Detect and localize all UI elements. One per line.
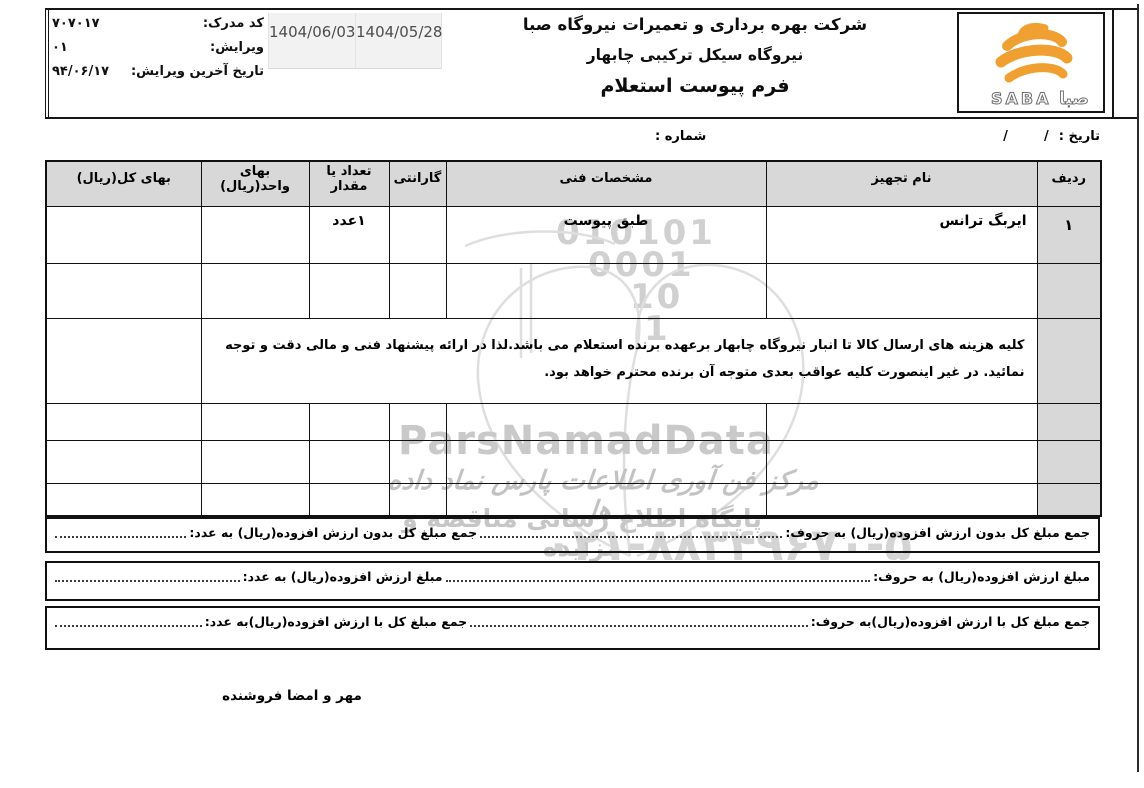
table-row: ۱ ایربگ ترانس طبق پیوست ۱عدد bbox=[46, 206, 1101, 263]
vat-number-label: مبلغ ارزش افزوده(ریال) به عدد: bbox=[243, 569, 443, 584]
plant-title: نیروگاه سیکل ترکیبی چابهار bbox=[455, 46, 935, 64]
empty-cell bbox=[309, 483, 389, 516]
empty-cell bbox=[766, 483, 1037, 516]
shipping-note-cell: کلیه هزینه های ارسال کالا تا انبار نیروگ… bbox=[201, 318, 1037, 403]
total-without-vat-number-label: جمع مبلغ کل بدون ارزش افزوده(ریال) به عد… bbox=[189, 525, 477, 540]
empty-cell bbox=[446, 440, 766, 483]
dotted-fill bbox=[470, 614, 808, 627]
empty-cell bbox=[46, 403, 201, 440]
date-chip: 1404/06/03 bbox=[268, 13, 355, 69]
column-header-total-price: بهای کل(ریال) bbox=[46, 161, 201, 206]
column-header-equipment: نام تجهیز bbox=[766, 161, 1037, 206]
date-chip: 1404/05/28 bbox=[355, 13, 442, 69]
empty-cell bbox=[46, 263, 201, 318]
inquiry-items-table: ردیف نام تجهیز مشخصات فنی گارانتی تعداد … bbox=[45, 160, 1102, 517]
total-without-vat-words-label: جمع مبلغ کل بدون ارزش افزوده(ریال) به حر… bbox=[785, 525, 1090, 540]
empty-cell bbox=[201, 483, 309, 516]
last-edit-row: تاریخ آخرین ویرایش: ۹۴/۰۶/۱۷ bbox=[52, 64, 264, 79]
empty-cell bbox=[766, 440, 1037, 483]
table-header-row: ردیف نام تجهیز مشخصات فنی گارانتی تعداد … bbox=[46, 161, 1101, 206]
total-with-vat-number-label: جمع مبلغ کل با ارزش افزوده(ریال)به عدد: bbox=[205, 614, 467, 629]
date-field-row: تاریخ : / / bbox=[980, 129, 1100, 144]
saba-logo-icon: SABA صبا bbox=[959, 14, 1103, 111]
last-edit-value: ۹۴/۰۶/۱۷ bbox=[52, 64, 109, 79]
qty-cell: ۱عدد bbox=[309, 206, 389, 263]
revision-value: ۰۱ bbox=[52, 40, 68, 55]
revision-row: ویرایش: ۰۱ bbox=[52, 40, 264, 55]
number-label: شماره : bbox=[655, 129, 706, 144]
empty-cell bbox=[389, 440, 446, 483]
table-row bbox=[46, 263, 1101, 318]
saba-logo-box: SABA صبا bbox=[957, 12, 1105, 113]
warranty-cell bbox=[389, 206, 446, 263]
empty-cell bbox=[201, 403, 309, 440]
empty-cell bbox=[766, 263, 1037, 318]
column-header-warranty: گارانتی bbox=[389, 161, 446, 206]
dotted-fill bbox=[55, 525, 186, 538]
doc-code-label: کد مدرک: bbox=[203, 16, 264, 31]
total-with-vat-box: جمع مبلغ کل با ارزش افزوده(ریال)به حروف:… bbox=[45, 606, 1100, 650]
table-row bbox=[46, 483, 1101, 516]
row-number-cell bbox=[1037, 440, 1101, 483]
form-title: فرم پیوست استعلام bbox=[455, 75, 935, 97]
page-right-edge bbox=[1137, 4, 1139, 772]
empty-cell bbox=[309, 263, 389, 318]
total-with-vat-words-label: جمع مبلغ کل با ارزش افزوده(ریال)به حروف: bbox=[811, 614, 1090, 629]
date-slashes: / / bbox=[1003, 129, 1049, 144]
table-row bbox=[46, 403, 1101, 440]
row-number-cell: ۱ bbox=[1037, 206, 1101, 263]
header-titles: شرکت بهره برداری و تعمیرات نیروگاه صبا ن… bbox=[455, 15, 935, 97]
dotted-fill bbox=[55, 614, 202, 627]
empty-cell bbox=[389, 483, 446, 516]
column-header-radif: ردیف bbox=[1037, 161, 1101, 206]
row-number-cell bbox=[1037, 263, 1101, 318]
row-number-cell bbox=[1037, 403, 1101, 440]
empty-cell bbox=[389, 403, 446, 440]
note-row: کلیه هزینه های ارسال کالا تا انبار نیروگ… bbox=[46, 318, 1101, 403]
table-row bbox=[46, 440, 1101, 483]
dotted-fill bbox=[446, 569, 871, 582]
empty-cell bbox=[46, 483, 201, 516]
logo-persian-text: صبا bbox=[1059, 89, 1089, 109]
dotted-fill bbox=[55, 569, 240, 582]
logo-latin-text: SABA bbox=[991, 89, 1051, 108]
revision-label: ویرایش: bbox=[210, 40, 264, 55]
header-divider-rule bbox=[45, 117, 1138, 119]
empty-cell bbox=[446, 483, 766, 516]
doc-code-row: کد مدرک: ۷۰۷۰۱۷ bbox=[52, 16, 264, 31]
document-meta-block: کد مدرک: ۷۰۷۰۱۷ ویرایش: ۰۱ تاریخ آخرین و… bbox=[52, 16, 264, 88]
empty-cell bbox=[309, 403, 389, 440]
document-page: 010101 0001 10 1 ParsNamadData مرکز فن آ… bbox=[0, 0, 1144, 788]
empty-cell bbox=[46, 440, 201, 483]
total-without-vat-box: جمع مبلغ کل بدون ارزش افزوده(ریال) به حر… bbox=[45, 517, 1100, 553]
column-header-unit-price: بهای واحد(ریال) bbox=[201, 161, 309, 206]
date-chips: 1404/06/03 1404/05/28 bbox=[268, 13, 442, 69]
equipment-name-cell: ایربگ ترانس bbox=[766, 206, 1037, 263]
doc-code-value: ۷۰۷۰۱۷ bbox=[52, 16, 100, 31]
unit-price-cell bbox=[201, 206, 309, 263]
row-number-cell bbox=[1037, 318, 1101, 403]
vat-amount-box: مبلغ ارزش افزوده(ریال) به حروف: مبلغ ارز… bbox=[45, 561, 1100, 601]
empty-cell bbox=[309, 440, 389, 483]
column-header-specs: مشخصات فنی bbox=[446, 161, 766, 206]
vat-words-label: مبلغ ارزش افزوده(ریال) به حروف: bbox=[873, 569, 1090, 584]
total-price-cell bbox=[46, 206, 201, 263]
column-header-qty: تعداد یا مقدار bbox=[309, 161, 389, 206]
seller-stamp-signature-label: مهر و امضا فروشنده bbox=[222, 688, 362, 704]
specs-cell: طبق پیوست bbox=[446, 206, 766, 263]
row-number-cell bbox=[1037, 483, 1101, 516]
empty-cell bbox=[46, 318, 201, 403]
empty-cell bbox=[446, 403, 766, 440]
empty-cell bbox=[446, 263, 766, 318]
company-title: شرکت بهره برداری و تعمیرات نیروگاه صبا bbox=[455, 15, 935, 34]
empty-cell bbox=[766, 403, 1037, 440]
empty-cell bbox=[201, 263, 309, 318]
empty-cell bbox=[389, 263, 446, 318]
empty-cell bbox=[201, 440, 309, 483]
date-label: تاریخ : bbox=[1059, 129, 1100, 144]
last-edit-label: تاریخ آخرین ویرایش: bbox=[131, 64, 264, 79]
dotted-fill bbox=[480, 525, 782, 538]
